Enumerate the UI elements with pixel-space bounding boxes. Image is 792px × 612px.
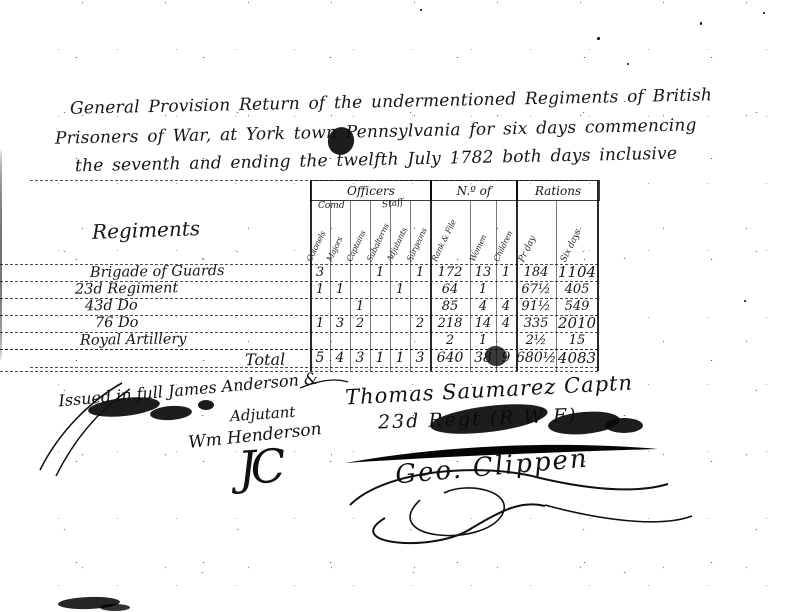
total-cell: 3 — [350, 350, 370, 367]
table-cell: 3 — [310, 264, 330, 281]
table-cell: 64 — [430, 281, 470, 298]
monogram-initials: JC — [236, 439, 281, 496]
table-cell: 218 — [430, 315, 470, 332]
table-cell: 1 — [496, 264, 516, 281]
regiments-column-header: Regiments — [92, 216, 201, 244]
table-cell: 1 — [350, 298, 370, 315]
table-cell — [350, 264, 370, 281]
table-cell — [330, 264, 350, 281]
table-cell: 184 — [516, 264, 556, 281]
table-cell: 1 — [410, 264, 430, 281]
total-cell: 1 — [370, 350, 390, 367]
total-cell: 4 — [330, 350, 350, 367]
table-cell — [390, 264, 410, 281]
table-cell: 13 — [470, 264, 496, 281]
table-cell: 2010 — [556, 315, 598, 332]
provision-return-table: Officers N.º of Rations Comd Staff Colon… — [30, 180, 598, 371]
table-cell: 2 — [430, 332, 470, 349]
total-cell: 640 — [430, 350, 470, 367]
table-cell — [310, 298, 330, 315]
table-cell: 15 — [556, 332, 598, 349]
table-cell: 549 — [556, 298, 598, 315]
ink-speck — [763, 12, 765, 14]
table-cell: 1 — [330, 281, 350, 298]
table-cell — [370, 281, 390, 298]
scanned-document-page: General Provision Return of the undermen… — [0, 0, 792, 612]
unit-ink-blot — [429, 399, 549, 439]
table-cell: 172 — [430, 264, 470, 281]
table-cell: 1 — [310, 281, 330, 298]
unit-ink-blot — [605, 418, 643, 433]
document-title-line-3: the seventh and ending the twelfth July … — [75, 144, 678, 177]
table-cell: 405 — [556, 281, 598, 298]
ink-blot — [198, 400, 214, 410]
total-cell: 5 — [310, 350, 330, 367]
table-cell: 4 — [496, 298, 516, 315]
table-cell — [496, 281, 516, 298]
table-cell — [370, 315, 390, 332]
table-cell — [370, 298, 390, 315]
table-cell: 1 — [310, 315, 330, 332]
commissary-signature: Geo. Clippen — [394, 444, 590, 491]
table-cell: 4 — [496, 315, 516, 332]
total-label: Total — [245, 350, 285, 370]
total-cell: 3 — [410, 350, 430, 367]
ink-speck — [420, 9, 422, 11]
table-cell: 1 — [470, 281, 496, 298]
scanner-edge-streak — [0, 150, 2, 360]
table-cell: 1 — [390, 281, 410, 298]
regiment-name: Brigade of Guards — [90, 263, 225, 281]
table-cell — [410, 298, 430, 315]
table-cell: 335 — [516, 315, 556, 332]
document-title-line-2: Prisoners of War, at York town Pennsylva… — [55, 115, 697, 148]
ink-speck — [627, 63, 629, 65]
table-cell — [410, 281, 430, 298]
table-cell — [390, 315, 410, 332]
table-cell: 14 — [470, 315, 496, 332]
table-cell: 3 — [330, 315, 350, 332]
table-cell: 2½ — [516, 332, 556, 349]
table-cell: 1 — [370, 264, 390, 281]
table-cell: 91½ — [516, 298, 556, 315]
table-cell: 2 — [410, 315, 430, 332]
ink-speck — [744, 300, 746, 302]
table-cell: 85 — [430, 298, 470, 315]
regiment-name: Royal Artillery — [80, 331, 187, 348]
table-cell — [330, 298, 350, 315]
total-cell: 4083 — [556, 350, 598, 367]
total-cell: 680½ — [516, 350, 556, 367]
table-cell — [390, 298, 410, 315]
table-cell — [350, 281, 370, 298]
table-cell: 4 — [470, 298, 496, 315]
table-cell: 67½ — [516, 281, 556, 298]
ink-speck — [597, 37, 600, 40]
regiment-name: 23d Regiment — [75, 280, 178, 297]
total-cell: 1 — [390, 350, 410, 367]
ink-speck — [700, 22, 702, 25]
document-title-line-1: General Provision Return of the undermen… — [70, 85, 712, 118]
table-cell — [310, 332, 330, 349]
table-cell: 1104 — [556, 264, 598, 281]
table-cell: 2 — [350, 315, 370, 332]
regiment-name: 43d Do — [85, 298, 138, 315]
officer-signature: Thomas Saumarez Captn — [345, 370, 634, 409]
regiment-name: 76 Do — [95, 315, 139, 332]
bottom-left-smudge-2 — [100, 604, 130, 611]
